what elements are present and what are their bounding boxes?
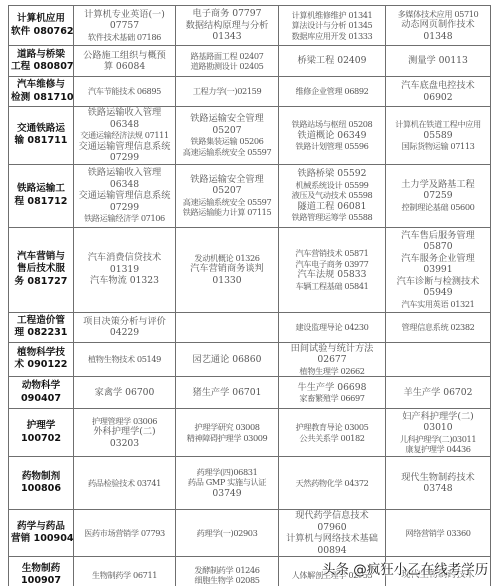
- course-line: 铁路运输收入管理: [76, 107, 173, 119]
- course-line: 汽车节能技术 06895: [76, 86, 173, 97]
- major-name-cell: 护理学100702: [9, 409, 74, 457]
- major-name-cell: 动物科学090407: [9, 377, 74, 409]
- major-name-line: 工程造价管: [11, 315, 71, 328]
- major-name-line: 售后技术服: [11, 263, 71, 276]
- course-line: 汽车营销技术 05871: [281, 248, 383, 259]
- course-line: 护理学研究 03008: [178, 422, 276, 433]
- course-line: 桥梁工程 02409: [281, 55, 383, 67]
- course-line: 铁路运输安全管理: [178, 174, 276, 186]
- major-name-line: 道路与桥梁: [11, 49, 71, 62]
- course-line: 药品检验技术 03741: [76, 478, 173, 489]
- course-cell: 工程力学(一)02159: [176, 77, 279, 107]
- course-cell: 汽车售后服务管理05870汽车服务企业管理03991汽车诊断与检测技术05949…: [386, 227, 491, 312]
- course-line: 牛生产学 06698: [281, 382, 383, 394]
- course-line: 汽车消费信贷技术: [76, 252, 173, 264]
- course-cell: 铁路运输收入管理06348交通运输经济法规 07111交通运输管理信息系统072…: [74, 107, 176, 165]
- course-line: 数据结构原理与分析: [178, 20, 276, 32]
- course-cell: 项目决策分析与评价04229: [74, 312, 176, 342]
- course-line: 建设监理导论 04230: [281, 322, 383, 333]
- course-line: 外科护理学(二): [76, 426, 173, 438]
- major-name-line: 药学与药品: [11, 521, 71, 534]
- course-line: 猪生产学 06701: [178, 387, 276, 399]
- table-row: 动物科学090407家禽学 06700猪生产学 06701牛生产学 06698家…: [9, 377, 491, 409]
- course-cell: 药理学(四)06831药品 GMP 实施与认证03749: [176, 457, 279, 510]
- course-cell: 计算机维修维护 01341算法设计与分析 01345数据库应用开发 01333: [279, 6, 386, 46]
- course-line: 液压及气动技术 05598: [281, 190, 383, 201]
- course-line: 交通运输管理信息系统: [76, 141, 173, 153]
- course-line: 羊生产学 06702: [388, 387, 488, 399]
- major-name-cell: 汽车维修与检测 081710: [9, 77, 74, 107]
- course-line: 现代药学信息技术: [281, 510, 383, 522]
- course-line: 交通运输管理信息系统: [76, 190, 173, 202]
- course-line: 07960: [281, 522, 383, 534]
- course-line: 算法设计与分析 01345: [281, 20, 383, 31]
- major-name-line: 100702: [11, 433, 71, 446]
- course-cell: 铁路运输安全管理05207高速运输系统安全 05597铁路运输能力计算 0711…: [176, 164, 279, 227]
- course-cell: 医药市场营销学 07793: [74, 510, 176, 557]
- course-line: 铁道概论 06349: [281, 130, 383, 142]
- course-cell: 桥梁工程 02409: [279, 46, 386, 77]
- course-cell: 计算机在铁道工程中应用05589国际货物运输 07113: [386, 107, 491, 165]
- course-cell: 牛生产学 06698家畜繁殖学 06697: [279, 377, 386, 409]
- course-line: 妇产科护理学(二): [388, 411, 488, 423]
- table-row: 药学与药品营销 100904医药市场营销学 07793药理学(一)02903现代…: [9, 510, 491, 557]
- course-cell: 汽车消费信贷技术01319汽车物流 01323: [74, 227, 176, 312]
- course-line: 03749: [178, 488, 276, 500]
- major-name-cell: 工程造价管理 082231: [9, 312, 74, 342]
- course-line: 铁路管理运筹学 05588: [281, 212, 383, 223]
- major-name-line: 动物科学: [11, 380, 71, 393]
- course-cell: 测量学 00113: [386, 46, 491, 77]
- course-line: 土力学及路基工程: [388, 179, 488, 191]
- course-cell: 铁路站场与枢纽 05208铁道概论 06349铁路计划管理 05596: [279, 107, 386, 165]
- table-row: 汽车维修与检测 081710汽车节能技术 06895工程力学(一)02159维修…: [9, 77, 491, 107]
- course-line: 计算机与网络技术基础: [281, 533, 383, 545]
- course-cell: 天然药物化学 04372: [279, 457, 386, 510]
- course-line: 国际货物运输 07113: [388, 141, 488, 152]
- major-name-line: 理 082231: [11, 327, 71, 340]
- course-line: 铁路运输安全管理: [178, 113, 276, 125]
- course-line: 护理教育导论 03005: [281, 422, 383, 433]
- course-line: 康复护理学 04436: [388, 444, 488, 455]
- course-cell: 生物制药学 06711: [74, 557, 176, 586]
- course-line: 汽车法规 05833: [281, 269, 383, 281]
- course-line: 机械系统设计 05599: [281, 180, 383, 191]
- course-line: 交通运输经济法规 07111: [76, 130, 173, 141]
- course-cell: 土力学及路基工程07259控制理论基础 05600: [386, 164, 491, 227]
- course-cell: 铁路运输安全管理05207铁路集装运输 05206高速运输系统安全 05597: [176, 107, 279, 165]
- major-name-line: 铁路运输工: [11, 183, 71, 196]
- course-table-body: 计算机应用软件 080762计算机专业英语(一)07757软件技术基础 0718…: [9, 6, 491, 586]
- major-name-cell: 药物制剂100806: [9, 457, 74, 510]
- watermark-text: 头条 @疯狂小乙在线考学历: [322, 558, 488, 578]
- course-line: 网络营销学 03360: [388, 528, 488, 539]
- course-cell: 网络营销学 03360: [386, 510, 491, 557]
- course-line: 铁路集装运输 05206: [178, 136, 276, 147]
- course-line: 汽车营销商务谈判: [178, 263, 276, 275]
- course-line: 03010: [388, 422, 488, 434]
- course-line: 汽车服务企业管理: [388, 253, 488, 265]
- course-line: 铁路运输经济学 07106: [76, 213, 173, 224]
- course-line: 汽车诊断与检测技术: [388, 276, 488, 288]
- course-line: 05207: [178, 185, 276, 197]
- course-line: 植物生物技术 05149: [76, 354, 173, 365]
- major-name-cell: 植物科学技术 090122: [9, 342, 74, 377]
- course-line: 汽车实用英语 01321: [388, 299, 488, 310]
- course-line: 07299: [76, 202, 173, 214]
- course-line: 项目决策分析与评价: [76, 316, 173, 328]
- course-line: 护理管理学 03006: [76, 416, 173, 427]
- course-line: 家禽学 06700: [76, 387, 173, 399]
- major-name-line: 务 081727: [11, 276, 71, 289]
- course-line: 00894: [281, 545, 383, 557]
- course-line: 铁路运输能力计算 07115: [178, 207, 276, 218]
- course-line: 铁路运输收入管理: [76, 167, 173, 179]
- course-line: 05589: [388, 130, 488, 142]
- major-name-line: 工程 080807: [11, 61, 71, 74]
- course-line: 路基路面工程 02407: [178, 51, 276, 62]
- course-line: 铁路站场与枢纽 05208: [281, 119, 383, 130]
- course-line: 03748: [388, 483, 488, 495]
- course-line: 发动机概论 01326: [178, 253, 276, 264]
- table-row: 铁路运输工程 081712铁路运输收入管理06348交通运输管理信息系统0729…: [9, 164, 491, 227]
- course-line: 公共关系学 00182: [281, 433, 383, 444]
- major-name-cell: 药学与药品营销 100904: [9, 510, 74, 557]
- table-row: 计算机应用软件 080762计算机专业英语(一)07757软件技术基础 0718…: [9, 6, 491, 46]
- course-line: 细胞生物学 02085: [178, 575, 276, 586]
- course-line: 动态网页制作技术: [388, 19, 488, 31]
- course-cell: 护理学研究 03008精神障碍护理学 03009: [176, 409, 279, 457]
- course-cell: 发动机概论 01326汽车营销商务谈判01330: [176, 227, 279, 312]
- course-line: 药理学(一)02903: [178, 528, 276, 539]
- table-row: 汽车营销与售后技术服务 081727汽车消费信贷技术01319汽车物流 0132…: [9, 227, 491, 312]
- course-cell: 田间试验与统计方法02677植物生理学 02662: [279, 342, 386, 377]
- course-line: 儿科护理学(二)03011: [388, 434, 488, 445]
- course-cell: 汽车节能技术 06895: [74, 77, 176, 107]
- major-name-line: 检测 081710: [11, 92, 71, 105]
- course-cell: 护理教育导论 03005公共关系学 00182: [279, 409, 386, 457]
- course-line: 计算机在铁道工程中应用: [388, 119, 488, 130]
- course-cell: 发酵制药学 01246细胞生物学 02085: [176, 557, 279, 586]
- course-line: 06348: [76, 119, 173, 131]
- course-cell: 药品检验技术 03741: [74, 457, 176, 510]
- course-cell: 妇产科护理学(二)03010儿科护理学(二)03011康复护理学 04436: [386, 409, 491, 457]
- course-line: 药理学(四)06831: [178, 467, 276, 478]
- course-line: 现代生物制药技术: [388, 472, 488, 484]
- major-name-cell: 道路与桥梁工程 080807: [9, 46, 74, 77]
- major-name-line: 程 081712: [11, 196, 71, 209]
- major-name-line: 植物科学技: [11, 347, 71, 360]
- major-name-line: 软件 080762: [11, 26, 71, 39]
- course-cell: 护理管理学 03006外科护理学(二)03203: [74, 409, 176, 457]
- course-line: 算 06084: [76, 61, 173, 73]
- major-name-line: 药物制剂: [11, 471, 71, 484]
- major-name-line: 生物制药: [11, 563, 71, 576]
- course-line: 04229: [76, 327, 173, 339]
- course-line: 07259: [388, 190, 488, 202]
- course-line: 07299: [76, 152, 173, 164]
- course-line: 发酵制药学 01246: [178, 565, 276, 576]
- course-line: 汽车电子商务 03977: [281, 259, 383, 270]
- major-name-line: 汽车营销与: [11, 251, 71, 264]
- major-name-line: 交通铁路运: [11, 123, 71, 136]
- course-cell: 汽车底盘电控技术06902: [386, 77, 491, 107]
- table-row: 工程造价管理 082231项目决策分析与评价04229建设监理导论 04230管…: [9, 312, 491, 342]
- course-line: 05870: [388, 241, 488, 253]
- course-line: 02677: [281, 354, 383, 366]
- course-cell: 汽车营销技术 05871汽车电子商务 03977汽车法规 05833车辆工程基础…: [279, 227, 386, 312]
- major-name-cell: 铁路运输工程 081712: [9, 164, 74, 227]
- course-line: 多媒体技术应用 05710: [388, 9, 488, 20]
- course-line: 维修企业管理 06892: [281, 86, 383, 97]
- course-line: 隧道工程 06081: [281, 201, 383, 213]
- course-cell: 路基路面工程 02407道路勘测设计 02405: [176, 46, 279, 77]
- course-cell: 铁路桥梁 05592机械系统设计 05599液压及气动技术 05598隧道工程 …: [279, 164, 386, 227]
- major-name-line: 090407: [11, 393, 71, 406]
- course-line: 01348: [388, 31, 488, 43]
- course-line: 药品 GMP 实施与认证: [178, 477, 276, 488]
- course-line: 公路施工组织与概预: [76, 50, 173, 62]
- course-line: 生物制药学 06711: [76, 570, 173, 581]
- course-cell: 药理学(一)02903: [176, 510, 279, 557]
- course-line: 01330: [178, 275, 276, 287]
- course-line: 汽车物流 01323: [76, 275, 173, 287]
- course-cell: 园艺通论 06860: [176, 342, 279, 377]
- course-cell: 植物生物技术 05149: [74, 342, 176, 377]
- course-line: 01319: [76, 264, 173, 276]
- course-line: 计算机专业英语(一): [76, 9, 173, 21]
- course-line: 计算机维修维护 01341: [281, 10, 383, 21]
- course-line: 05949: [388, 287, 488, 299]
- course-cell: 管理信息系统 02382: [386, 312, 491, 342]
- course-cell: [386, 342, 491, 377]
- course-line: 06348: [76, 179, 173, 191]
- course-cell: 猪生产学 06701: [176, 377, 279, 409]
- major-name-cell: 交通铁路运输 081711: [9, 107, 74, 165]
- course-cell: 铁路运输收入管理06348交通运输管理信息系统07299铁路运输经济学 0710…: [74, 164, 176, 227]
- course-line: 数据库应用开发 01333: [281, 31, 383, 42]
- course-cell: 建设监理导论 04230: [279, 312, 386, 342]
- major-name-line: 输 081711: [11, 135, 71, 148]
- major-name-cell: 生物制药100907: [9, 557, 74, 586]
- course-line: 01343: [178, 31, 276, 43]
- course-line: 电子商务 07797: [178, 8, 276, 20]
- major-name-cell: 计算机应用软件 080762: [9, 6, 74, 46]
- course-line: 精神障碍护理学 03009: [178, 433, 276, 444]
- course-line: 03203: [76, 438, 173, 450]
- course-line: 天然药物化学 04372: [281, 478, 383, 489]
- major-name-line: 护理学: [11, 420, 71, 433]
- course-line: 植物生理学 02662: [281, 366, 383, 377]
- course-cell: 羊生产学 06702: [386, 377, 491, 409]
- major-name-line: 100907: [11, 575, 71, 586]
- course-line: 工程力学(一)02159: [178, 86, 276, 97]
- course-line: 测量学 00113: [388, 55, 488, 67]
- course-line: 汽车底盘电控技术: [388, 80, 488, 92]
- major-name-line: 营销 100904: [11, 533, 71, 546]
- course-line: 07757: [76, 20, 173, 32]
- course-cell: 现代药学信息技术07960计算机与网络技术基础00894: [279, 510, 386, 557]
- course-cell: 公路施工组织与概预算 06084: [74, 46, 176, 77]
- course-cell: 现代生物制药技术03748: [386, 457, 491, 510]
- course-cell: [176, 312, 279, 342]
- major-name-line: 计算机应用: [11, 13, 71, 26]
- course-line: 控制理论基础 05600: [388, 202, 488, 213]
- course-line: 铁路桥梁 05592: [281, 168, 383, 180]
- major-name-line: 汽车维修与: [11, 79, 71, 92]
- table-row: 植物科学技术 090122植物生物技术 05149园艺通论 06860田间试验与…: [9, 342, 491, 377]
- course-cell: 计算机专业英语(一)07757软件技术基础 07186: [74, 6, 176, 46]
- course-line: 田间试验与统计方法: [281, 343, 383, 355]
- course-line: 高速运输系统安全 05597: [178, 197, 276, 208]
- course-line: 06902: [388, 92, 488, 104]
- major-name-line: 100806: [11, 483, 71, 496]
- course-line: 05207: [178, 125, 276, 137]
- course-table: 计算机应用软件 080762计算机专业英语(一)07757软件技术基础 0718…: [8, 5, 491, 586]
- table-row: 药物制剂100806药品检验技术 03741药理学(四)06831药品 GMP …: [9, 457, 491, 510]
- course-line: 车辆工程基础 05841: [281, 281, 383, 292]
- major-name-line: 术 090122: [11, 359, 71, 372]
- course-line: 医药市场营销学 07793: [76, 528, 173, 539]
- major-name-cell: 汽车营销与售后技术服务 081727: [9, 227, 74, 312]
- course-cell: 电子商务 07797数据结构原理与分析01343: [176, 6, 279, 46]
- course-line: 道路勘测设计 02405: [178, 61, 276, 72]
- course-line: 汽车售后服务管理: [388, 230, 488, 242]
- table-row: 交通铁路运输 081711铁路运输收入管理06348交通运输经济法规 07111…: [9, 107, 491, 165]
- course-cell: 多媒体技术应用 05710动态网页制作技术01348: [386, 6, 491, 46]
- course-line: 铁路计划管理 05596: [281, 141, 383, 152]
- course-line: 家畜繁殖学 06697: [281, 393, 383, 404]
- course-cell: 家禽学 06700: [74, 377, 176, 409]
- course-line: 软件技术基础 07186: [76, 32, 173, 43]
- table-row: 道路与桥梁工程 080807公路施工组织与概预算 06084路基路面工程 024…: [9, 46, 491, 77]
- course-cell: 维修企业管理 06892: [279, 77, 386, 107]
- course-line: 园艺通论 06860: [178, 354, 276, 366]
- course-line: 管理信息系统 02382: [388, 322, 488, 333]
- table-row: 护理学100702护理管理学 03006外科护理学(二)03203护理学研究 0…: [9, 409, 491, 457]
- course-line: 高速运输系统安全 05597: [178, 147, 276, 158]
- course-line: 03991: [388, 264, 488, 276]
